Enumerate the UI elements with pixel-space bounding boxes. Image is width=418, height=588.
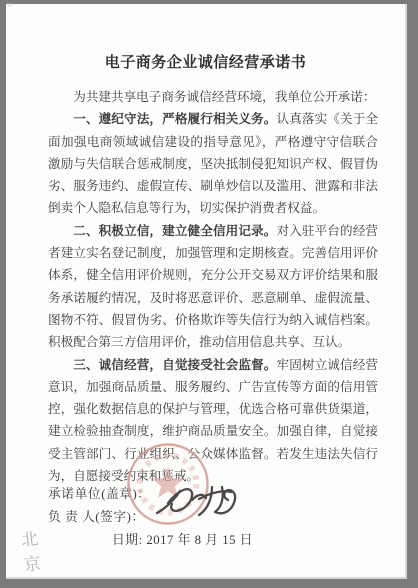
scanned-document: 电子商务企业诚信经营承诺书 为共建共享电子商务诚信经营环境，我单位公开承诺： 一… <box>0 0 418 588</box>
paragraph-2-lead: 二、积极立信，建立健全信用记录。 <box>73 224 276 238</box>
paragraph-1-lead: 一、遵纪守法，严格履行相关义务。 <box>73 112 276 126</box>
document-title: 电子商务企业诚信经营承诺书 <box>6 51 405 72</box>
responsible-person-label: 负 责 人(签字)： <box>48 506 145 525</box>
pencil-char-1: 北 <box>16 526 42 553</box>
paragraph-3: 三、诚信经营，自觉接受社会监督。牢固树立诚信经营意识，加强商品质量、服务履约、广… <box>48 354 378 488</box>
paragraph-2-text: 对入驻平台的经营者建立实名登记制度，加强管理和定期核查。完善信用评价体系，健全信… <box>48 224 378 349</box>
document-body: 为共建共享电子商务诚信经营环境，我单位公开承诺： 一、遵纪守法，严格履行相关义务… <box>48 86 378 487</box>
date-label: 日期: <box>112 533 143 547</box>
intro-paragraph: 为共建共享电子商务诚信经营环境，我单位公开承诺： <box>48 86 378 108</box>
paragraph-3-text: 牢固树立诚信经营意识，加强商品质量、服务履约、广告宣传等方面的信用管控，强化数据… <box>48 358 378 483</box>
unit-seal-label: 承诺单位(盖章)： <box>48 483 151 502</box>
date-value: 2017 年 8 月 15 日 <box>146 533 253 547</box>
paragraph-2: 二、积极立信，建立健全信用记录。对入驻平台的经营者建立实名登记制度，加强管理和定… <box>48 220 378 354</box>
date-line: 日期: 2017 年 8 月 15 日 <box>112 529 253 548</box>
intro-text: 为共建共享电子商务诚信经营环境，我单位公开承诺： <box>73 90 375 104</box>
paragraph-1-text: 认真落实《关于全面加强电商领域诚信建设的指导意见》，严格遵守守信联合激励与失信联… <box>48 112 378 215</box>
document-page: 电子商务企业诚信经营承诺书 为共建共享电子商务诚信经营环境，我单位公开承诺： 一… <box>6 4 407 579</box>
pencil-char-2: 京 <box>19 551 45 578</box>
pencil-annotation: 北 京 <box>16 526 45 578</box>
paragraph-3-lead: 三、诚信经营，自觉接受社会监督。 <box>73 358 276 372</box>
paragraph-1: 一、遵纪守法，严格履行相关义务。认真落实《关于全面加强电商领域诚信建设的指导意见… <box>48 108 378 219</box>
